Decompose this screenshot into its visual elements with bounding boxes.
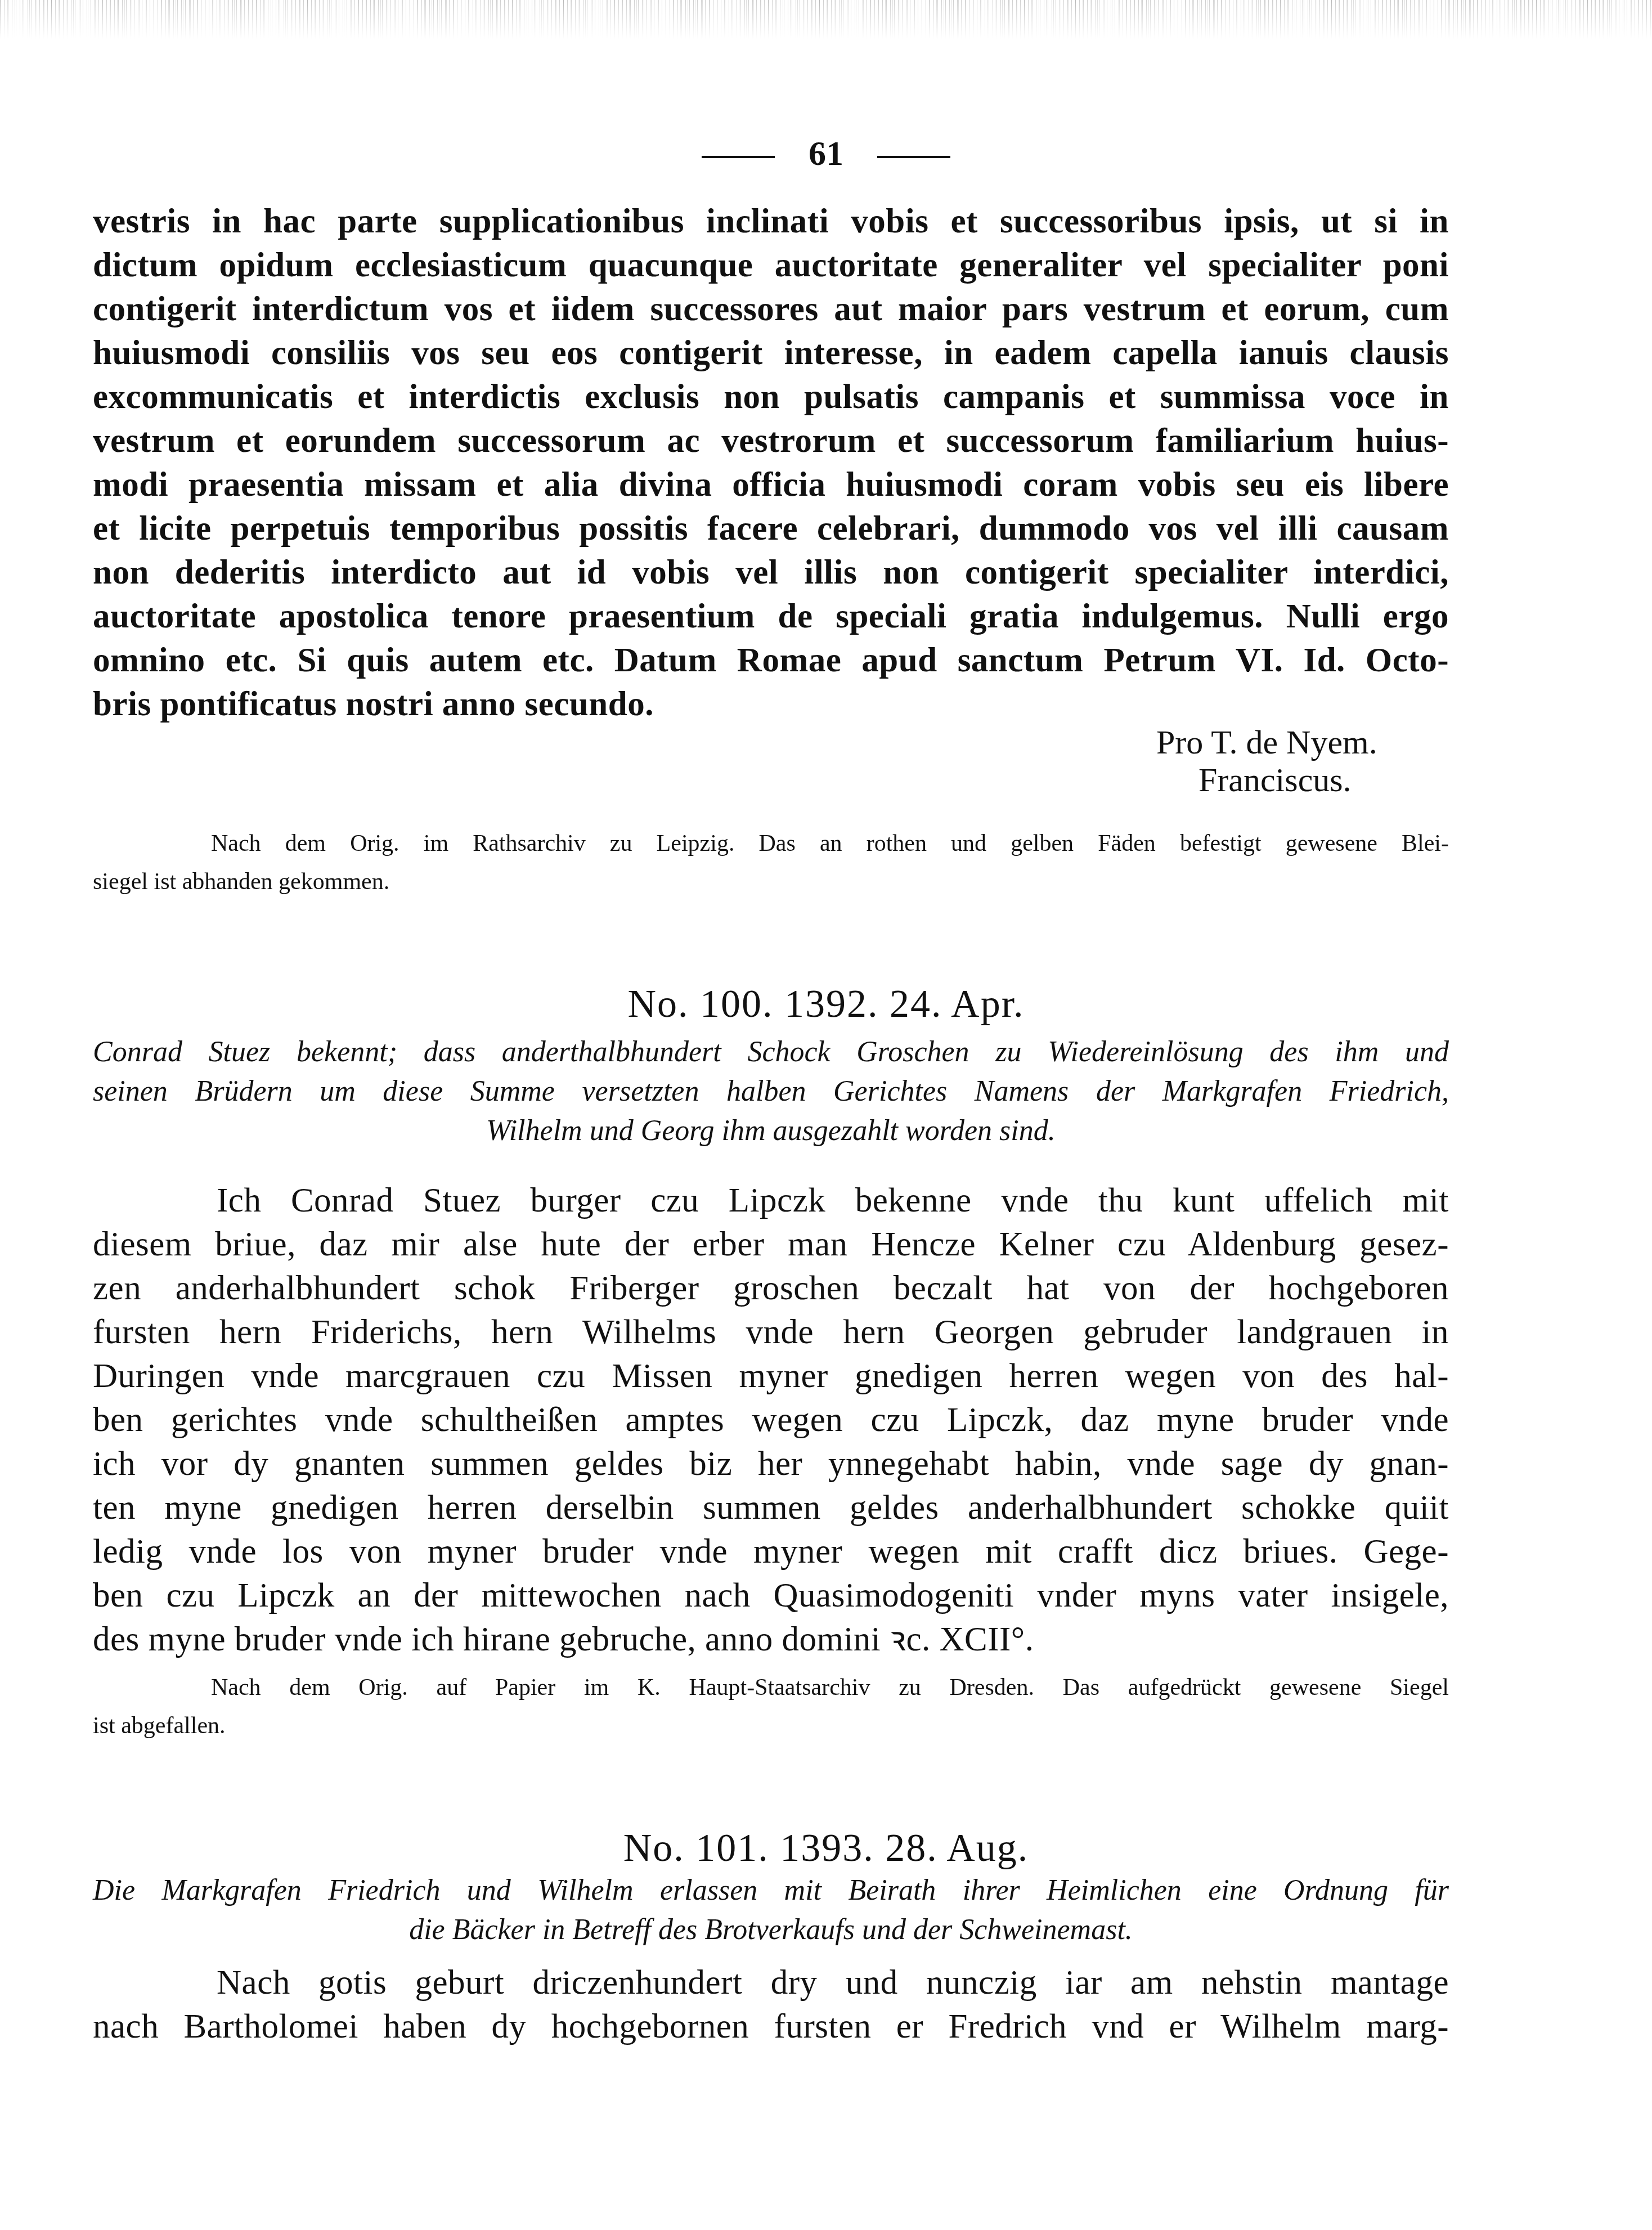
summary-line: Die Markgrafen Friedrich und Wilhelm erl… — [93, 1871, 1449, 1910]
text-line: fursten hern Friderichs, hern Wilhelms v… — [93, 1311, 1449, 1354]
text-line: ben gerichtes vnde schultheißen amptes w… — [93, 1398, 1449, 1442]
summary-line: Wilhelm und Georg ihm ausgezahlt worden … — [93, 1111, 1449, 1151]
text-line: auctoritate apostolica tenore praesentiu… — [93, 595, 1449, 639]
page-number: 61 — [0, 134, 1652, 174]
text-line: bris pontificatus nostri anno secundo. — [93, 683, 1449, 726]
source-note: Nach dem Orig. im Rathsarchiv zu Leipzig… — [93, 824, 1449, 901]
text-line: ich vor dy gnanten summen geldes biz her… — [93, 1442, 1449, 1486]
page-number-dash-right — [877, 156, 950, 158]
text-line: dictum opidum ecclesiasticum quacunque a… — [93, 244, 1449, 288]
document-heading-100: No. 100. 1392. 24. Apr. — [0, 982, 1652, 1027]
text-line: ledig vnde los von myner bruder vnde myn… — [93, 1530, 1449, 1574]
text-line: ben czu Lipczk an der mittewochen nach Q… — [93, 1574, 1449, 1618]
text-line: non dederitis interdicto aut id vobis ve… — [93, 551, 1449, 595]
text-line: Ich Conrad Stuez burger czu Lipczk beken… — [93, 1179, 1449, 1223]
summary-line: die Bäcker in Betreff des Brotverkaufs u… — [93, 1910, 1449, 1950]
text-line: Nach gotis geburt driczenhundert dry und… — [93, 1961, 1449, 2005]
document-summary-100: Conrad Stuez bekennt; dass anderthalbhun… — [93, 1033, 1449, 1151]
signature-line-2: Franciscus. — [1198, 761, 1352, 800]
text-line: des myne bruder vnde ich hirane gebruche… — [93, 1618, 1449, 1662]
note-line: Nach dem Orig. im Rathsarchiv zu Leipzig… — [93, 824, 1449, 863]
page-number-value: 61 — [809, 134, 843, 173]
source-note-100: Nach dem Orig. auf Papier im K. Haupt-St… — [93, 1668, 1449, 1745]
document-body-100: Ich Conrad Stuez burger czu Lipczk beken… — [93, 1179, 1449, 1662]
text-line: ten myne gnedigen herren derselbin summe… — [93, 1486, 1449, 1530]
document-heading-101: No. 101. 1393. 28. Aug. — [0, 1826, 1652, 1871]
text-line: omnino etc. Si quis autem etc. Datum Rom… — [93, 639, 1449, 683]
page-number-dash-left — [702, 156, 775, 158]
text-line: zen anderhalbhundert schok Friberger gro… — [93, 1267, 1449, 1311]
text-line: diesem briue, daz mir alse hute der erbe… — [93, 1223, 1449, 1267]
text-line: vestris in hac parte supplicationibus in… — [93, 200, 1449, 244]
signature-line-1: Pro T. de Nyem. — [1156, 723, 1377, 762]
text-line: nach Bartholomei haben dy hochgebornen f… — [93, 2005, 1449, 2049]
text-line: excommunicatis et interdictis exclusis n… — [93, 375, 1449, 419]
scan-noise-band — [0, 0, 1652, 39]
note-line: ist abgefallen. — [93, 1707, 1449, 1745]
note-line: siegel ist abhanden gekommen. — [93, 863, 1449, 901]
text-line: vestrum et eorundem successorum ac vestr… — [93, 419, 1449, 463]
text-line: contigerit interdictum vos et iidem succ… — [93, 288, 1449, 331]
summary-line: seinen Brüdern um diese Summe versetzten… — [93, 1072, 1449, 1111]
text-line: Duringen vnde marcgrauen czu Missen myne… — [93, 1354, 1449, 1398]
note-line: Nach dem Orig. auf Papier im K. Haupt-St… — [93, 1668, 1449, 1707]
document-summary-101: Die Markgrafen Friedrich und Wilhelm erl… — [93, 1871, 1449, 1950]
continuation-paragraph: vestris in hac parte supplicationibus in… — [93, 200, 1449, 726]
summary-line: Conrad Stuez bekennt; dass anderthalbhun… — [93, 1033, 1449, 1072]
text-line: huiusmodi consiliis vos seu eos contiger… — [93, 331, 1449, 375]
text-line: et licite perpetuis temporibus possitis … — [93, 507, 1449, 551]
document-body-101: Nach gotis geburt driczenhundert dry und… — [93, 1961, 1449, 2049]
text-line: modi praesentia missam et alia divina of… — [93, 463, 1449, 507]
